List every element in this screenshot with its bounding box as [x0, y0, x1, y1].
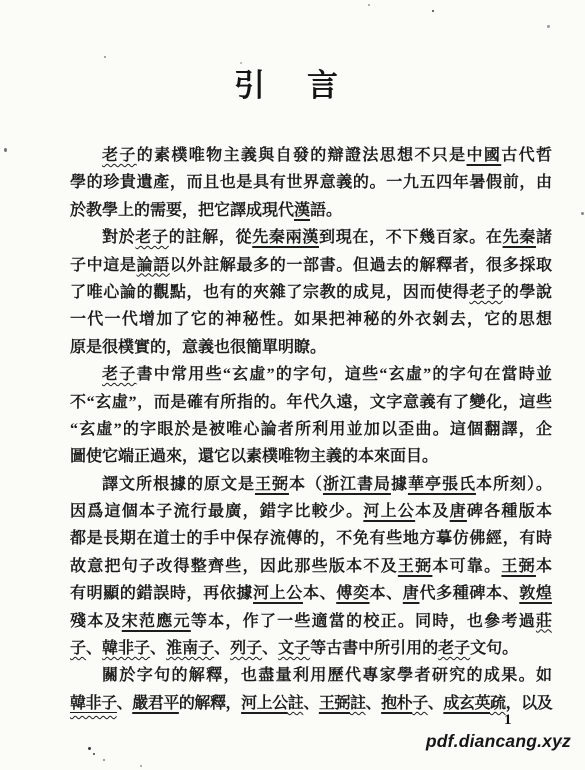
scan-speck [368, 4, 370, 6]
text-segment: 、 [262, 640, 278, 657]
book-title-mark: 疏 [490, 695, 506, 712]
proper-noun-mark: 張氏 [442, 476, 476, 493]
scan-speck [547, 25, 550, 28]
text-line: 韓非子、嚴君平的解釋，河上公註、王弼註、抱朴子、成玄英疏，以及 [70, 690, 552, 717]
text-segment: 、 [303, 695, 319, 712]
text-line: 圖使它端正過來，還它以素樸唯物主義的本來面目。 [70, 443, 552, 470]
book-page: 引言 老子的素樸唯物主義與自發的辯證法思想不只是中國古代哲學的珍貴遺產，而且也是… [0, 0, 585, 770]
scan-speck [104, 56, 106, 58]
book-title-mark: 註 [288, 695, 304, 712]
page-number: 1 [504, 712, 512, 729]
text-segment: 的素樸唯物主義與自發的辯證法思想不只是 [137, 147, 467, 164]
proper-noun-mark: 漢 [294, 202, 310, 219]
book-title-mark: 老子 [102, 366, 137, 383]
text-segment: 據 [391, 476, 408, 493]
text-segment: 本可靠。 [432, 558, 501, 575]
text-segment: 、 [117, 695, 133, 712]
proper-noun-mark: 王弼 [501, 558, 536, 575]
text-segment: 關於字句的解釋，也盡量利用歷代專家學者研究的成果。如 [102, 667, 552, 684]
proper-noun-mark: 先秦兩漢 [252, 229, 319, 246]
text-segment: 都是長期在道士的手中保存流傳的，不免有些地方摹仿佛經，有時 [70, 530, 552, 547]
text-line: 因爲這個本子流行最廣，錯字比較少。河上公本及唐碑各種版本 [70, 498, 552, 525]
text-line: 故意把句子改得整齊些，因此那些版本不及王弼本可靠。王弼本 [70, 553, 552, 580]
text-segment: 書中常用些“玄虛”的字句，這些“玄虛”的字句在當時並 [137, 366, 552, 383]
text-segment: 等本，作了一些適當的校正。同時，也參考過 [191, 613, 536, 630]
proper-noun-mark: 王弼 [255, 476, 289, 493]
proper-noun-mark: 傅奕 [336, 585, 369, 602]
proper-noun-mark: 唐 [403, 585, 420, 602]
text-segment: 等古書中所引用的 [310, 640, 438, 657]
text-line: 老子的素樸唯物主義與自發的辯證法思想不只是中國古代哲 [70, 142, 552, 169]
proper-noun-mark: 敦煌 [519, 585, 552, 602]
proper-noun-mark: 抱朴 [381, 695, 412, 712]
text-segment: 的學說 [503, 284, 552, 301]
text-line: 有明顯的錯誤時，再依據河上公本、傅奕本、唐代多種碑本、敦煌 [70, 580, 552, 607]
text-segment: 、 [214, 640, 230, 657]
text-line: 殘本及宋范應元等本，作了一些適當的校正。同時，也參考過莊 [70, 608, 552, 635]
proper-noun-mark: 王弼 [398, 558, 433, 575]
watermark-text: pdf.diancang.xyz [426, 731, 571, 752]
scan-speck [140, 765, 142, 767]
proper-noun-mark: 河上公 [241, 695, 288, 712]
text-line: 關於字句的解釋，也盡量利用歷代專家學者研究的成果。如 [70, 662, 552, 689]
text-segment: 到現在，不下幾百家。在 [319, 229, 503, 246]
text-segment: 圖使它端正過來，還它以素樸唯物主義的本來面目。 [70, 448, 438, 465]
text-segment: 本所刻）。 [476, 476, 552, 493]
text-segment: 故意把句子改得整齊些，因此那些版本不及 [70, 558, 398, 575]
text-line: 了唯心論的觀點，也有的夾雜了宗教的成見，因而使得老子的學說 [70, 279, 552, 306]
text-segment: 本及 [415, 503, 450, 520]
text-segment: 文句。 [470, 640, 518, 657]
text-segment: ，以及 [506, 695, 552, 712]
scan-speck [432, 10, 434, 12]
book-title-mark: 老子 [438, 640, 470, 657]
text-segment: 古代哲 [501, 147, 552, 164]
book-title-mark: 子 [412, 695, 428, 712]
text-line: “玄虛”的字眼於是被唯心論者所利用並加以歪曲。這個翻譯，企 [70, 416, 552, 443]
text-segment: 、 [150, 640, 166, 657]
scan-speck [93, 753, 95, 755]
text-line: 於教學上的需要，把它譯成現代漢語。 [70, 197, 552, 224]
text-segment: 本（ [289, 476, 323, 493]
book-title-mark: 子 [70, 640, 86, 657]
text-segment: 本、 [370, 585, 403, 602]
text-segment: 不“玄虛”，而是確有所指的。年代久遠，文字意義有了變化，這些 [70, 394, 552, 411]
scan-speck [103, 759, 105, 761]
proper-noun-mark: 范應元 [139, 613, 191, 630]
text-segment: 語。 [310, 202, 342, 219]
page-title: 引言 [0, 60, 572, 105]
book-title-mark: 論語 [137, 257, 170, 274]
text-segment: 、 [428, 695, 444, 712]
text-segment: 了唯心論的觀點，也有的夾雜了宗教的成見，因而使得 [70, 284, 469, 301]
title-char-2: 言 [307, 68, 338, 103]
book-title-mark: 註 [350, 695, 366, 712]
proper-noun-mark: 嚴君平 [132, 695, 179, 712]
text-segment: 以外註解最多的一部書。但過去的解釋者，很多採取 [170, 257, 552, 274]
proper-noun-mark: 王弼 [319, 695, 350, 712]
book-title-mark: 老子 [102, 147, 137, 164]
title-char-1: 引 [234, 68, 265, 103]
text-line: 一代一代增加了它的神秘性。如果把神秘的外衣剝去，它的思想 [70, 306, 552, 333]
text-segment: 、 [366, 695, 382, 712]
text-segment: 諸 [536, 229, 552, 246]
proper-noun-mark: 先秦 [503, 229, 536, 246]
text-line: 學的珍貴遺產，而且也是具有世界意義的。一九五四年暑假前，由 [70, 169, 552, 196]
proper-noun-mark: 華亭 [408, 476, 442, 493]
text-line: 不“玄虛”，而是確有所指的。年代久遠，文字意義有了變化，這些 [70, 389, 552, 416]
text-segment: “玄虛”的字眼於是被唯心論者所利用並加以歪曲。這個翻譯，企 [70, 421, 552, 438]
text-segment: 一代一代增加了它的神秘性。如果把神秘的外衣剝去，它的思想 [70, 311, 552, 328]
text-segment: 學的珍貴遺產，而且也是具有世界意義的。一九五四年暑假前，由 [70, 174, 552, 191]
text-segment: 子中這是 [70, 257, 137, 274]
text-line: 都是長期在道士的手中保存流傳的，不免有些地方摹仿佛經，有時 [70, 525, 552, 552]
book-title-mark: 老子 [469, 284, 502, 301]
book-title-mark: 韓非子 [102, 640, 150, 657]
book-title-mark: 列子 [230, 640, 262, 657]
text-segment: 本 [536, 558, 552, 575]
text-segment: 因爲這個本子流行最廣，錯字比較少。 [70, 503, 363, 520]
text-segment: 、 [86, 640, 102, 657]
text-segment: 代多種碑本、 [419, 585, 519, 602]
body-text: 老子的素樸唯物主義與自發的辯證法思想不只是中國古代哲學的珍貴遺產，而且也是具有世… [70, 142, 552, 717]
proper-noun-mark: 浙江書局 [323, 476, 391, 493]
text-segment: 對於 [102, 229, 135, 246]
text-segment: 殘本及 [70, 613, 122, 630]
book-title-mark: 莊 [536, 613, 552, 630]
proper-noun-mark: 成玄英 [443, 695, 490, 712]
text-segment: 的解釋， [179, 695, 241, 712]
text-segment: 於教學上的需要，把它譯成現代 [70, 202, 294, 219]
text-line: 子中這是論語以外註解最多的一部書。但過去的解釋者，很多採取 [70, 252, 552, 279]
text-segment: 譯文所根據的原文是 [102, 476, 255, 493]
scan-speck [4, 148, 7, 152]
book-title-mark: 老子 [135, 229, 168, 246]
scan-speck [581, 212, 584, 215]
scan-speck [560, 742, 562, 744]
text-line: 子、韓非子、淮南子、列子、文子等古書中所引用的老子文句。 [70, 635, 552, 662]
text-segment: 有明顯的錯誤時，再依據 [70, 585, 253, 602]
text-line: 老子書中常用些“玄虛”的字句，這些“玄虛”的字句在當時並 [70, 361, 552, 388]
proper-noun-mark: 唐 [450, 503, 467, 520]
text-segment: 的註解，從 [169, 229, 252, 246]
proper-noun-mark: 河上公 [253, 585, 303, 602]
proper-noun-mark: 韓非子 [70, 695, 117, 713]
proper-noun-mark: 中國 [467, 147, 502, 164]
book-title-mark: 淮南子 [166, 640, 214, 657]
text-line: 譯文所根據的原文是王弼本（浙江書局據華亭張氏本所刻）。 [70, 471, 552, 498]
proper-noun-mark: 宋 [122, 613, 139, 630]
book-title-mark: 文子 [278, 640, 310, 657]
proper-noun-mark: 河上公 [363, 503, 415, 520]
text-segment: 碑各種版本 [467, 503, 552, 520]
scan-speck [240, 62, 242, 64]
text-line: 對於老子的註解，從先秦兩漢到現在，不下幾百家。在先秦諸 [70, 224, 552, 251]
text-line: 原是很樸實的，意義也很簡單明瞭。 [70, 334, 552, 361]
text-segment: 原是很樸實的，意義也很簡單明瞭。 [70, 339, 326, 356]
scan-speck [88, 747, 91, 750]
text-segment: 本、 [303, 585, 336, 602]
